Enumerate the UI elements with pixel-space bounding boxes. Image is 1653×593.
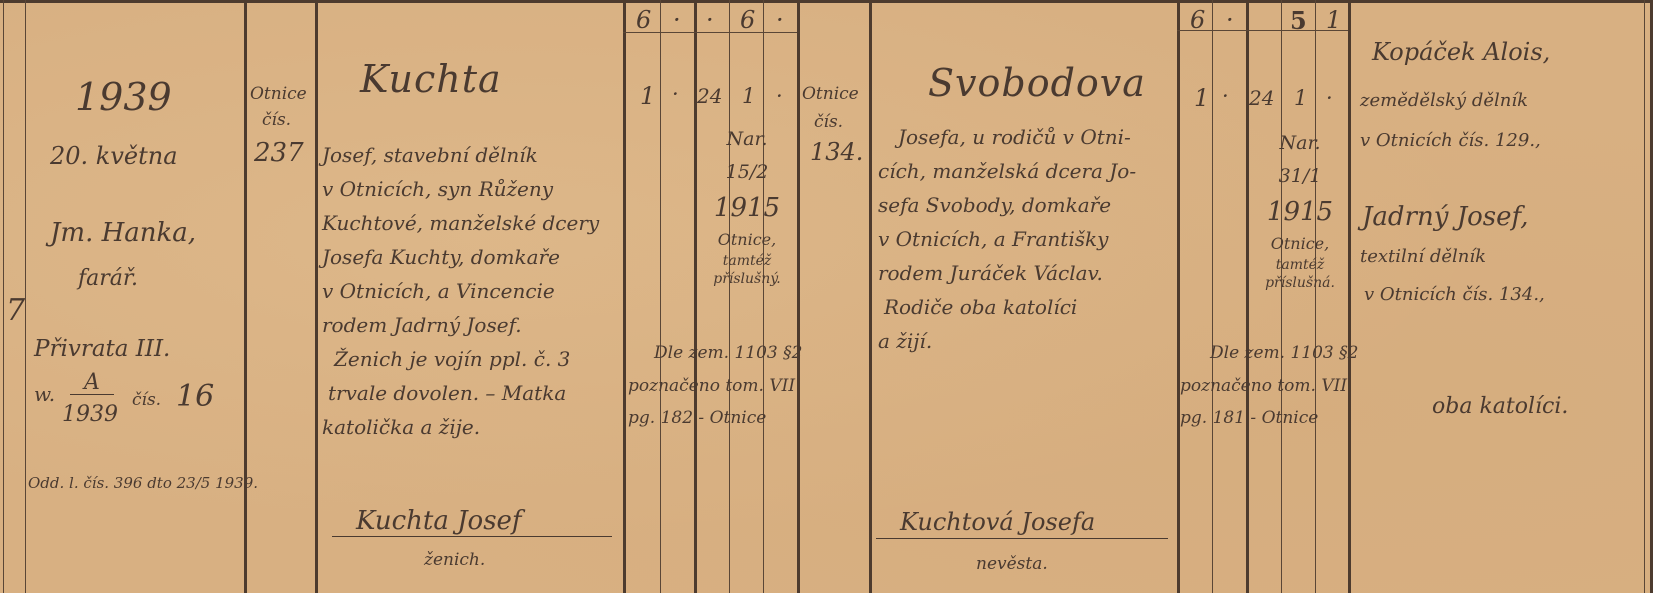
bride-religion-dot: · — [1222, 86, 1229, 107]
banns-number-label: čís. — [132, 392, 161, 409]
groom-birth-line: Nar. — [700, 122, 794, 156]
banns-fraction-top: A — [70, 372, 114, 395]
entry-number: 7 — [6, 296, 25, 326]
bride-house-number: 134. — [810, 140, 863, 164]
banns-number: 16 — [176, 382, 214, 412]
banns-prefix: w. — [34, 384, 55, 404]
bride-birth-line: Nar. — [1252, 126, 1348, 160]
bride-age-header-3: 1 — [1326, 6, 1341, 34]
witness-2-name: Jadrný Josef, — [1362, 204, 1528, 230]
bride-birth-line: Otnice, — [1252, 232, 1348, 256]
groom-age-header-3: · — [776, 6, 784, 34]
bride-signature-role: nevěsta. — [976, 556, 1048, 573]
witnesses-religion: oba katolíci. — [1432, 396, 1568, 418]
groom-remark-line: pg. 182 - Otnice — [628, 402, 795, 434]
register-page: 7 1939 20. května Jm. Hanka, farář. Přiv… — [0, 0, 1653, 593]
col-line-left-edge — [3, 0, 4, 593]
col-line-entry — [25, 0, 26, 593]
bride-age: 24 — [1249, 88, 1274, 108]
groom-description: Josef, stavební dělník v Otnicích, syn R… — [322, 138, 599, 444]
witness-1-name: Kopáček Alois, — [1372, 40, 1550, 64]
groom-desc-line: rodem Jadrný Josef. — [322, 308, 599, 342]
col-line-groom-rel-sub — [660, 0, 661, 593]
officiant-title: farář. — [78, 268, 138, 290]
groom-remark-line: poznačeno tom. VII — [628, 370, 795, 402]
col-line-groom-rel — [623, 0, 626, 593]
groom-age-header-2: 6 — [740, 6, 755, 34]
bride-remark-line: Dle zem. 1103 §2 — [1210, 336, 1377, 370]
groom-desc-line: Ženich je vojín ppl. č. 3 — [334, 342, 611, 376]
groom-religion-dot: · — [672, 84, 679, 105]
col-line-bride-rel — [1177, 0, 1180, 593]
bride-house-label: čís. — [814, 114, 843, 131]
witness-1-occupation: zemědělský dělník — [1360, 92, 1528, 110]
col-line-bride-age-sub1 — [1281, 0, 1282, 593]
bride-religion-value: 1 — [1194, 86, 1209, 110]
bride-desc-line: v Otnicích, a Františky — [878, 222, 1136, 256]
bride-status: 1 — [1294, 88, 1307, 109]
groom-rel-header-1: 6 — [636, 6, 651, 34]
groom-house-place: Otnice — [250, 86, 307, 103]
registry-note: Odd. l. čís. 396 dto 23/5 1939. — [28, 476, 258, 491]
groom-status-dot: · — [776, 86, 783, 107]
col-line-groom-age-sub1 — [729, 0, 730, 593]
bride-birth-line: 31/1 — [1252, 160, 1348, 192]
groom-birth-line: Otnice, — [700, 228, 794, 252]
col-line-groom-house — [315, 0, 318, 593]
bride-birth-line: tamtéž — [1252, 256, 1348, 274]
groom-desc-line: Josefa Kuchty, domkaře — [322, 240, 599, 274]
bride-birth-line: příslušná. — [1252, 274, 1348, 292]
bride-description: Josefa, u rodičů v Otni- cích, manželská… — [878, 120, 1136, 358]
banns-fraction-bottom: 1939 — [62, 404, 118, 426]
groom-rel-header-2: · — [673, 6, 681, 34]
col-line-bride-house — [797, 0, 800, 593]
groom-desc-line: Josef, stavební dělník — [322, 138, 599, 172]
groom-signature-role: ženich. — [424, 552, 485, 569]
groom-birth-line: tamtéž — [700, 252, 794, 270]
col-line-right-edge — [1644, 0, 1645, 593]
bride-desc-line: Rodiče oba katolíci — [884, 290, 1142, 324]
bride-desc-line: sefa Svobody, domkaře — [878, 188, 1136, 222]
groom-status: 1 — [742, 86, 755, 107]
col-line-bride-desc — [869, 0, 872, 593]
groom-house-number: 237 — [254, 140, 304, 166]
bride-status-dot: · — [1326, 88, 1333, 109]
groom-house-label: čís. — [262, 112, 291, 129]
groom-birth-line: 15/2 — [700, 156, 794, 188]
bride-desc-line: cích, manželská dcera Jo- — [878, 154, 1136, 188]
groom-desc-line: Kuchtové, manželské dcery — [322, 206, 599, 240]
bride-desc-line: Josefa, u rodičů v Otni- — [898, 120, 1156, 154]
officiant-name: Jm. Hanka, — [50, 220, 196, 246]
bride-surname: Svobodova — [928, 64, 1146, 102]
col-line-bride-age-sub2 — [1315, 0, 1316, 593]
groom-signature: Kuchta Josef — [356, 508, 522, 534]
bride-birth-info: Nar. 31/1 1915 Otnice, tamtéž příslušná. — [1252, 126, 1348, 292]
groom-age-header-1: · — [706, 6, 714, 34]
groom-desc-line: v Otnicích, a Vincencie — [322, 274, 599, 308]
marriage-year: 1939 — [75, 78, 172, 116]
witness-1-address: v Otnicích čís. 129., — [1360, 132, 1541, 150]
marriage-day-month: 20. května — [50, 144, 178, 168]
groom-religion-value: 1 — [640, 84, 655, 108]
bride-age-header-2: 5 — [1290, 6, 1307, 35]
bride-remark-line: pg. 181 - Otnice — [1180, 402, 1347, 434]
groom-birth-line: 1915 — [700, 188, 794, 228]
groom-remark: Dle zem. 1103 §2 poznačeno tom. VII pg. … — [628, 336, 795, 434]
banns-line1: Přivrata III. — [34, 338, 170, 361]
witness-2-occupation: textilní dělník — [1360, 248, 1486, 266]
witness-2-address: v Otnicích čís. 134., — [1364, 286, 1545, 304]
groom-desc-line: v Otnicích, syn Růženy — [322, 172, 599, 206]
bride-remark-line: poznačeno tom. VII — [1180, 370, 1347, 402]
bride-house-place: Otnice — [802, 86, 859, 103]
col-line-witnesses — [1348, 0, 1351, 593]
col-line-bride-rel-sub — [1212, 0, 1213, 593]
groom-signature-line — [332, 536, 612, 537]
groom-surname: Kuchta — [360, 60, 502, 98]
bride-signature: Kuchtová Josefa — [900, 510, 1095, 534]
col-line-date — [244, 0, 247, 593]
bride-rel-header-2: · — [1226, 6, 1234, 34]
groom-birth-info: Nar. 15/2 1915 Otnice, tamtéž příslušný. — [700, 122, 794, 288]
groom-remark-line: Dle zem. 1103 §2 — [654, 336, 821, 370]
top-border — [0, 0, 1653, 3]
groom-desc-line: katolička a žije. — [322, 410, 599, 444]
groom-birth-line: příslušný. — [700, 270, 794, 288]
bride-remark: Dle zem. 1103 §2 poznačeno tom. VII pg. … — [1180, 336, 1347, 434]
bride-birth-line: 1915 — [1252, 192, 1348, 232]
bride-rel-header-1: 6 — [1190, 6, 1205, 34]
col-line-groom-age-sub2 — [763, 0, 764, 593]
bride-signature-line — [876, 538, 1168, 539]
bride-desc-line: a žijí. — [878, 324, 1136, 358]
groom-desc-line: trvale dovolen. – Matka — [328, 376, 605, 410]
bride-desc-line: rodem Juráček Václav. — [878, 256, 1136, 290]
groom-age: 24 — [697, 86, 722, 106]
